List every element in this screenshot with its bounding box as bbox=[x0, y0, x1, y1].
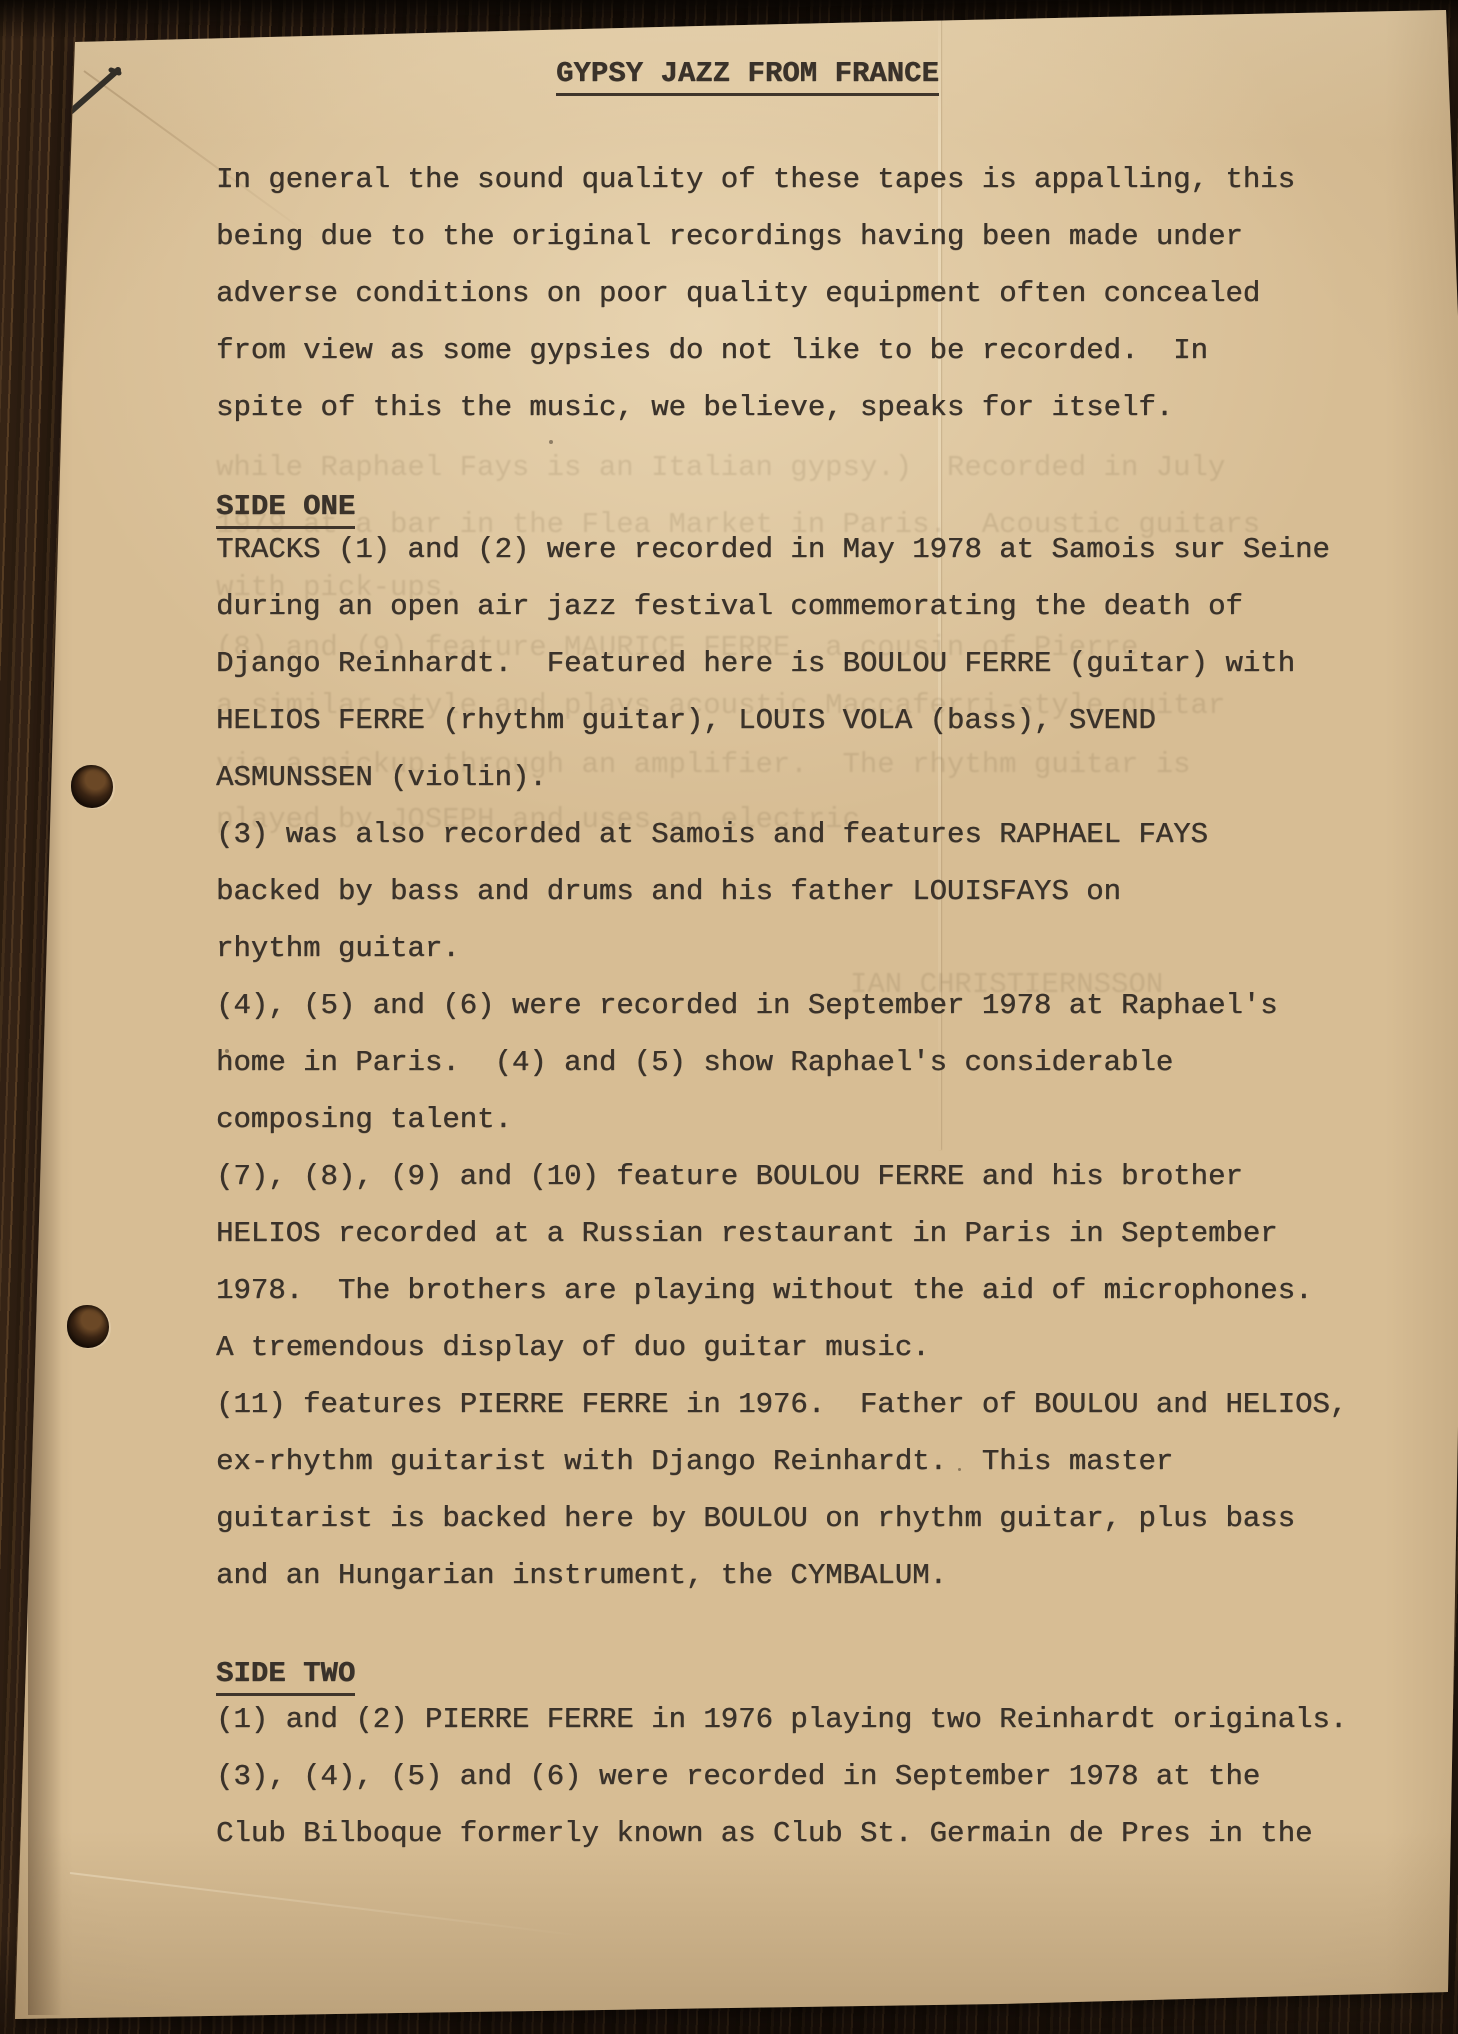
intro-paragraph: In general the sound quality of these ta… bbox=[216, 151, 1295, 436]
paper-speck bbox=[225, 1049, 229, 1053]
pen-slash-mark bbox=[62, 62, 128, 122]
bleedthrough-line: while Raphael Fays is an Italian gypsy.)… bbox=[216, 439, 1225, 496]
hole-punch-top bbox=[71, 765, 113, 808]
photo-of-typed-page: { "document": { "title": "GYPSY JAZZ FRO… bbox=[0, 0, 1458, 2034]
page-title: GYPSY JAZZ FROM FRANCE bbox=[556, 57, 939, 96]
side-two-paragraph: (1) and (2) PIERRE FERRE in 1976 playing… bbox=[216, 1691, 1347, 1862]
paper-left-edge-shadow bbox=[28, 40, 62, 2015]
hole-punch-bottom bbox=[67, 1305, 109, 1348]
paper-sheet-container: while Raphael Fays is an Italian gypsy.)… bbox=[0, 0, 1458, 2034]
paper-crease-bottom-left bbox=[70, 1872, 586, 1937]
paper-speck bbox=[549, 440, 553, 444]
paper-sheet: while Raphael Fays is an Italian gypsy.)… bbox=[0, 0, 1458, 2034]
side-one-paragraph: TRACKS (1) and (2) were recorded in May … bbox=[216, 521, 1347, 1604]
paper-speck bbox=[958, 1468, 961, 1471]
